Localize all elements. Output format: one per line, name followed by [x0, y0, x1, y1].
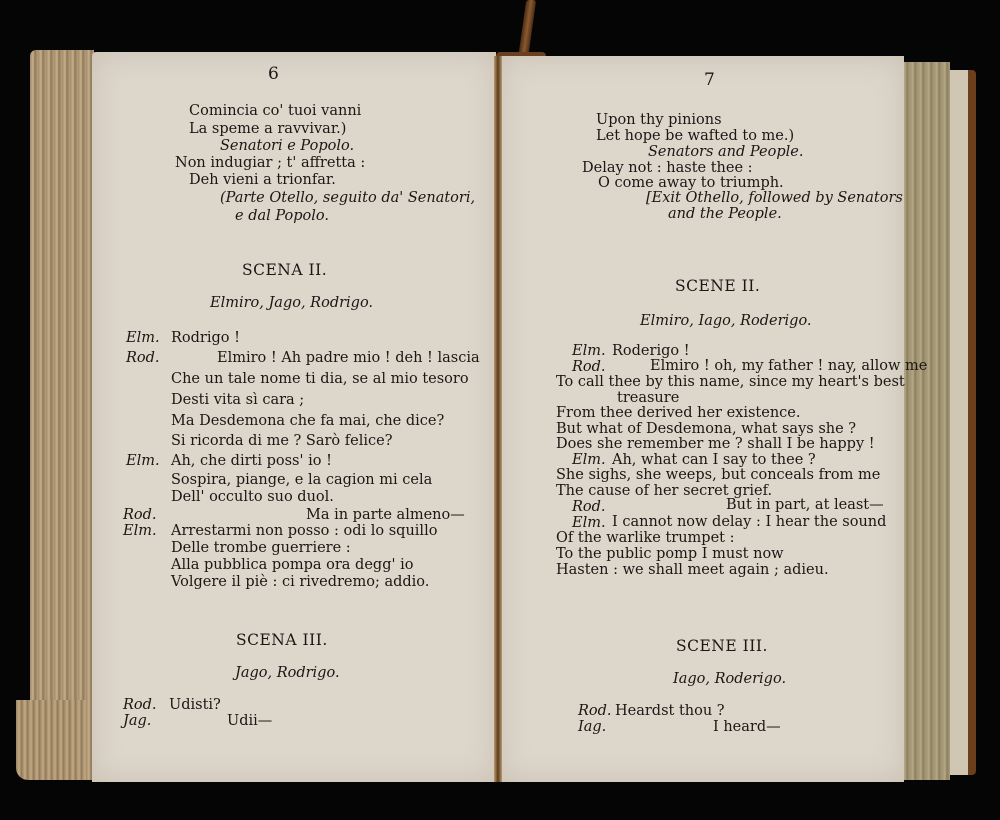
- stage-direction: Senators and People.: [648, 144, 803, 160]
- bookmark-ribbon: [518, 0, 536, 60]
- speaker: Elm.: [572, 343, 606, 359]
- right-page-edges: [902, 62, 950, 780]
- scene-heading: SCENA II.: [242, 262, 327, 278]
- verse-line: Comincia co' tuoi vanni: [189, 103, 361, 119]
- stage-direction: [Exit Othello, followed by Senators: [646, 190, 903, 206]
- speaker: Rod.: [578, 703, 612, 719]
- speaker: Elm.: [572, 515, 606, 531]
- dialogue-line: Udisti?: [169, 697, 221, 713]
- dialogue-line: Ah, what can I say to thee ?: [612, 452, 816, 468]
- stage-direction: e dal Popolo.: [235, 208, 329, 224]
- scene-characters: Elmiro, Iago, Roderigo.: [640, 313, 812, 329]
- stage-direction: (Parte Otello, seguito da' Senatori,: [220, 190, 475, 206]
- speaker: Rod.: [126, 350, 160, 366]
- speaker: Rod.: [123, 697, 157, 713]
- dialogue-line: Che un tale nome ti dia, se al mio tesor…: [171, 371, 469, 387]
- book-gutter: [494, 56, 502, 782]
- dialogue-line: Dell' occulto suo duol.: [171, 489, 334, 505]
- left-page-edges: [30, 50, 94, 780]
- dialogue-line: But what of Desdemona, what says she ?: [556, 421, 856, 437]
- dialogue-line: Ma in parte almeno—: [306, 507, 465, 523]
- verse-line: Non indugiar ; t' affretta :: [175, 155, 365, 171]
- stage-direction: and the People.: [668, 206, 782, 222]
- scene-characters: Iago, Roderigo.: [673, 671, 786, 687]
- speaker: Elm.: [123, 523, 157, 539]
- verse-line: O come away to triumph.: [598, 175, 784, 191]
- dialogue-line: She sighs, she weeps, but conceals from …: [556, 467, 880, 483]
- scene-heading: SCENE II.: [675, 278, 760, 294]
- dialogue-line: Elmiro ! Ah padre mio ! deh ! lascia: [217, 350, 480, 366]
- dialogue-line: Of the warlike trumpet :: [556, 530, 735, 546]
- scene-heading: SCENA III.: [236, 632, 328, 648]
- stage-direction: Senatori e Popolo.: [220, 138, 354, 154]
- speaker: Rod.: [123, 507, 157, 523]
- dialogue-line: Roderigo !: [612, 343, 690, 359]
- dialogue-line: Alla pubblica pompa ora degg' io: [171, 557, 413, 573]
- dialogue-line: Elmiro ! oh, my father ! nay, allow me: [650, 358, 927, 374]
- scene-characters: Elmiro, Jago, Rodrigo.: [210, 295, 373, 311]
- scene-heading: SCENE III.: [676, 638, 768, 654]
- dialogue-line: Desti vita sì cara ;: [171, 392, 304, 408]
- dialogue-line: Hasten : we shall meet again ; adieu.: [556, 562, 829, 578]
- speaker: Elm.: [126, 330, 160, 346]
- dialogue-line: I cannot now delay : I hear the sound: [612, 514, 886, 530]
- speaker: Rod.: [572, 359, 606, 375]
- dialogue-line: I heard—: [713, 719, 781, 735]
- dialogue-line: From thee derived her existence.: [556, 405, 800, 421]
- right-page: 7 Upon thy pinions Let hope be wafted to…: [500, 56, 904, 782]
- speaker: Elm.: [572, 452, 606, 468]
- dialogue-line: But in part, at least—: [726, 497, 884, 513]
- dialogue-line: Si ricorda di me ? Sarò felice?: [171, 433, 392, 449]
- dialogue-line: Udii—: [227, 713, 272, 729]
- dialogue-line: To call thee by this name, since my hear…: [556, 374, 905, 390]
- scene-characters: Jago, Rodrigo.: [235, 665, 340, 681]
- dialogue-line: Ah, che dirti poss' io !: [171, 453, 332, 469]
- verse-line: Deh vieni a trionfar.: [189, 172, 336, 188]
- speaker: Elm.: [126, 453, 160, 469]
- verse-line: Delay not : haste thee :: [582, 160, 753, 176]
- speaker: Jag.: [123, 713, 151, 729]
- page-number: 6: [268, 66, 279, 82]
- dialogue-line: Sospira, piange, e la cagion mi cela: [171, 472, 432, 488]
- speaker: Rod.: [572, 499, 606, 515]
- dialogue-line: Does she remember me ? shall I be happy …: [556, 436, 875, 452]
- dialogue-line: Ma Desdemona che fa mai, che dice?: [171, 413, 444, 429]
- dialogue-line: Rodrigo !: [171, 330, 240, 346]
- verse-line: La speme a ravvivar.): [189, 121, 346, 137]
- dialogue-line: Delle trombe guerriere :: [171, 540, 351, 556]
- dialogue-line: To the public pomp I must now: [556, 546, 784, 562]
- verse-line: Let hope be wafted to me.): [596, 128, 794, 144]
- left-page: 6 Comincia co' tuoi vanni La speme a rav…: [92, 52, 496, 782]
- dialogue-line: Volgere il piè : ci rivedremo; addio.: [171, 574, 429, 590]
- left-page-edges-bottom: [16, 700, 86, 780]
- dialogue-line: Arrestarmi non posso : odi lo squillo: [171, 523, 437, 539]
- dialogue-line: Heardst thou ?: [615, 703, 725, 719]
- dialogue-line: treasure: [617, 390, 679, 406]
- verse-line: Upon thy pinions: [596, 112, 722, 128]
- speaker: Iag.: [578, 719, 606, 735]
- page-number: 7: [704, 72, 715, 88]
